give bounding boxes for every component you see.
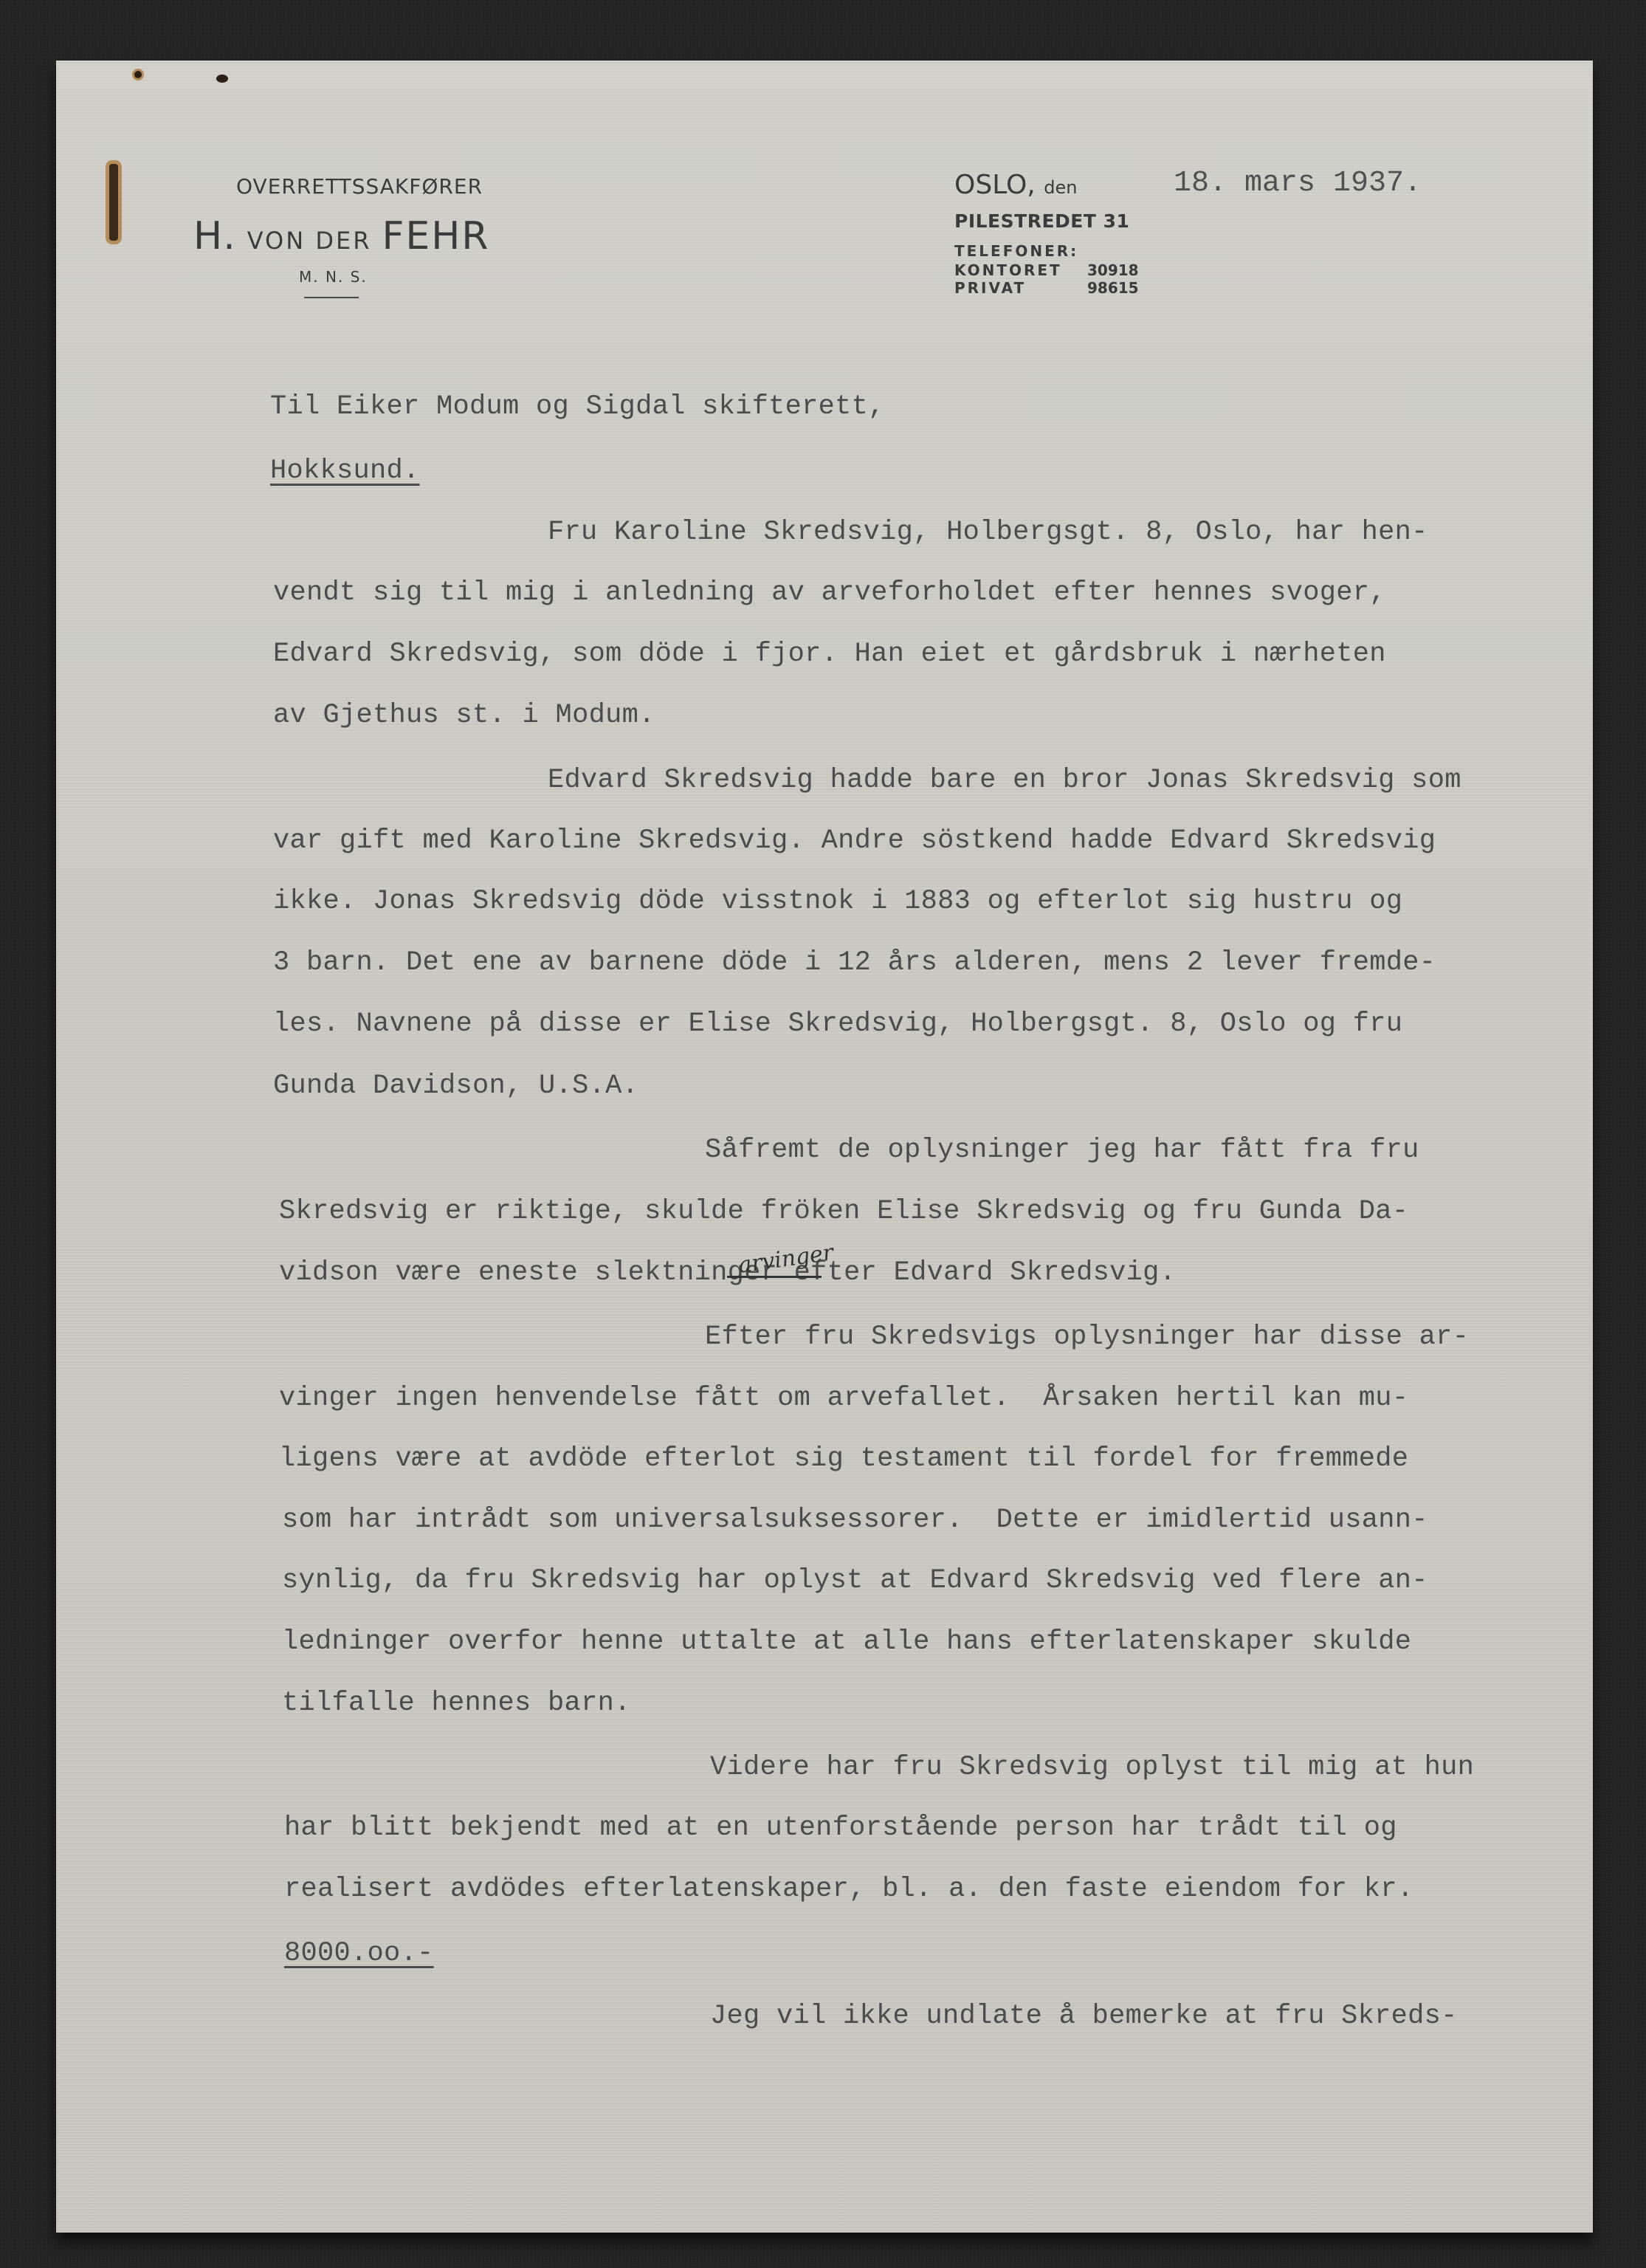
- letter-date: 18. mars 1937.: [1174, 167, 1422, 200]
- phone-label: PRIVAT: [954, 279, 1026, 297]
- body-line: var gift med Karoline Skredsvig. Andre s…: [273, 825, 1436, 856]
- body-line: Edvard Skredsvig hadde bare en bror Jona…: [548, 765, 1461, 796]
- body-line: les. Navnene på disse er Elise Skredsvig…: [273, 1008, 1402, 1039]
- body-line: ligens være at avdöde efterlot sig testa…: [279, 1443, 1408, 1474]
- body-line: Fru Karoline Skredsvig, Holbergsgt. 8, O…: [548, 517, 1428, 548]
- punch-hole-icon: [134, 71, 142, 78]
- telefoner-label: TELEFONER:: [954, 242, 1078, 260]
- body-line: vidson være eneste slektninger efter Edv…: [279, 1257, 1176, 1288]
- body-line: ikke. Jonas Skredsvig döde visstnok i 18…: [273, 886, 1402, 917]
- body-line: av Gjethus st. i Modum.: [273, 700, 655, 731]
- letterhead-title: OVERRETTSSAKFØRER: [236, 174, 483, 199]
- body-line: synlig, da fru Skredsvig har oplyst at E…: [282, 1565, 1428, 1596]
- letterhead-city: OSLO, den: [954, 170, 1077, 200]
- letterhead-address: PILESTREDET 31: [954, 210, 1129, 232]
- body-line: vinger ingen henvendelse fått om arvefal…: [279, 1383, 1408, 1414]
- letterhead-credentials: M. N. S.: [299, 268, 368, 286]
- body-line: realisert avdödes efterlatenskaper, bl. …: [284, 1874, 1413, 1905]
- body-line: Videre har fru Skredsvig oplyst til mig …: [710, 1752, 1474, 1783]
- den-label: den: [1044, 177, 1077, 198]
- body-line: tilfalle hennes barn.: [282, 1688, 631, 1719]
- phone-number: 98615: [1087, 279, 1139, 297]
- phone-list: KONTORET30918 PRIVAT98615: [954, 261, 1062, 297]
- body-line: Jeg vil ikke undlate å bemerke at fru Sk…: [710, 2001, 1458, 2032]
- name-particle: VON DER: [247, 227, 372, 255]
- body-line: Gunda Davidson, U.S.A.: [273, 1071, 638, 1102]
- body-line: Såfremt de oplysninger jeg har fått fra …: [705, 1135, 1419, 1166]
- letterhead-name: H.VON DERFEHR: [193, 214, 489, 258]
- punch-hole-icon: [216, 75, 228, 83]
- strikethrough-mark: [727, 1276, 822, 1278]
- phone-row: PRIVAT98615: [954, 279, 1062, 297]
- body-line: Skredsvig er riktige, skulde fröken Elis…: [279, 1196, 1408, 1227]
- body-line: ledninger overfor henne uttalte at alle …: [282, 1626, 1411, 1657]
- phone-number: 30918: [1087, 261, 1139, 279]
- body-line: har blitt bekjendt med at en utenforståe…: [284, 1812, 1397, 1843]
- recipient-city: Hokksund.: [270, 456, 420, 487]
- body-line: 3 barn. Det ene av barnene döde i 12 års…: [273, 947, 1436, 978]
- recipient-line: Til Eiker Modum og Sigdal skifterett,: [270, 391, 885, 422]
- body-line: Edvard Skredsvig, som döde i fjor. Han e…: [273, 639, 1386, 670]
- body-line: som har intrådt som universalsuksessorer…: [282, 1505, 1428, 1536]
- phone-row: KONTORET30918: [954, 261, 1062, 279]
- name-surname: FEHR: [382, 214, 489, 258]
- phone-label: KONTORET: [954, 261, 1062, 279]
- letterhead-divider: [304, 297, 359, 298]
- body-line: vendt sig til mig i anledning av arvefor…: [273, 577, 1386, 608]
- body-line: Efter fru Skredsvigs oplysninger har dis…: [705, 1322, 1469, 1353]
- staple-mark-icon: [109, 164, 118, 241]
- name-initial: H.: [193, 214, 237, 258]
- city-name: OSLO,: [954, 170, 1036, 200]
- amount-line: 8000.oo.-: [284, 1938, 434, 1969]
